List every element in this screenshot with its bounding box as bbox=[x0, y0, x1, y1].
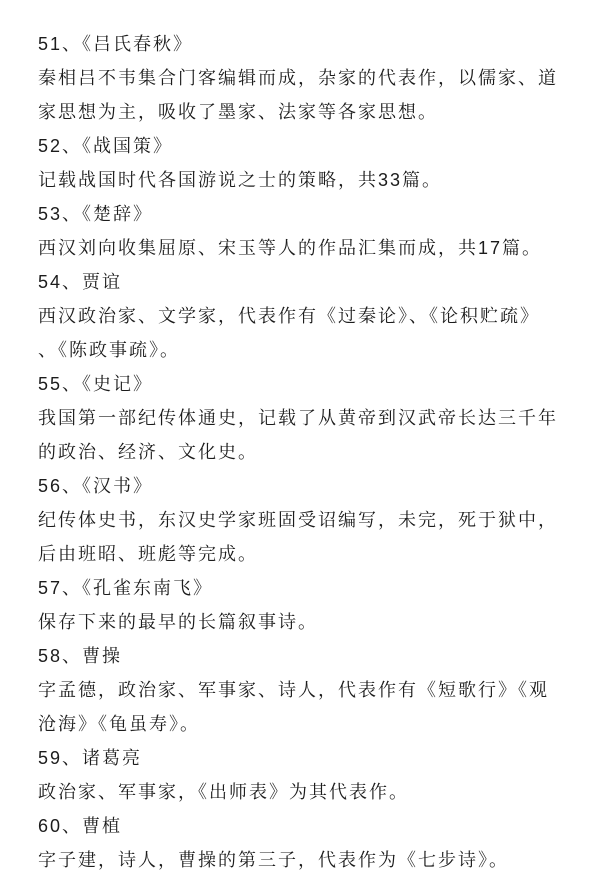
item-title: 《孔雀东南飞》 bbox=[82, 578, 213, 598]
item-number: 55、 bbox=[38, 374, 82, 394]
item-description-line: 家思想为主，吸收了墨家、法家等各家思想。 bbox=[38, 95, 574, 129]
item-heading: 60、曹植 bbox=[38, 809, 574, 843]
item-heading: 56、《汉书》 bbox=[38, 469, 574, 503]
item-title: 《史记》 bbox=[82, 374, 153, 394]
item-title: 曹操 bbox=[82, 646, 122, 666]
item-heading: 51、《吕氏春秋》 bbox=[38, 27, 574, 61]
item-description-line: 西汉政治家、文学家，代表作有《过秦论》、《论积贮疏》 bbox=[38, 299, 574, 333]
item-description-line: 的政治、经济、文化史。 bbox=[38, 435, 574, 469]
item-number: 51、 bbox=[38, 34, 82, 54]
item-heading: 59、诸葛亮 bbox=[38, 741, 574, 775]
document-page: 51、《吕氏春秋》秦相吕不韦集合门客编辑而成，杂家的代表作，以儒家、道家思想为主… bbox=[0, 0, 600, 883]
item-number: 57、 bbox=[38, 578, 82, 598]
item-heading: 53、《楚辞》 bbox=[38, 197, 574, 231]
literature-notes-list: 51、《吕氏春秋》秦相吕不韦集合门客编辑而成，杂家的代表作，以儒家、道家思想为主… bbox=[38, 27, 574, 877]
item-heading: 58、曹操 bbox=[38, 639, 574, 673]
item-description-line: 后由班昭、班彪等完成。 bbox=[38, 537, 574, 571]
item-heading: 55、《史记》 bbox=[38, 367, 574, 401]
item-description-line: 我国第一部纪传体通史，记载了从黄帝到汉武帝长达三千年 bbox=[38, 401, 574, 435]
item-description-line: 沧海》《龟虽寿》。 bbox=[38, 707, 574, 741]
item-number: 56、 bbox=[38, 476, 82, 496]
item-number: 54、 bbox=[38, 272, 82, 292]
item-description-line: 政治家、军事家，《出师表》为其代表作。 bbox=[38, 775, 574, 809]
item-heading: 54、贾谊 bbox=[38, 265, 574, 299]
item-heading: 57、《孔雀东南飞》 bbox=[38, 571, 574, 605]
item-description-line: 字子建，诗人，曹操的第三子，代表作为《七步诗》。 bbox=[38, 843, 574, 877]
item-title: 贾谊 bbox=[82, 272, 122, 292]
item-description-line: 秦相吕不韦集合门客编辑而成，杂家的代表作，以儒家、道 bbox=[38, 61, 574, 95]
item-number: 59、 bbox=[38, 748, 82, 768]
item-title: 曹植 bbox=[82, 816, 122, 836]
item-description-line: 保存下来的最早的长篇叙事诗。 bbox=[38, 605, 574, 639]
item-description-line: 、《陈政事疏》。 bbox=[38, 333, 574, 367]
item-heading: 52、《战国策》 bbox=[38, 129, 574, 163]
item-description-line: 西汉刘向收集屈原、宋玉等人的作品汇集而成，共17篇。 bbox=[38, 231, 574, 265]
item-description-line: 记载战国时代各国游说之士的策略，共33篇。 bbox=[38, 163, 574, 197]
item-title: 《吕氏春秋》 bbox=[82, 34, 193, 54]
item-number: 52、 bbox=[38, 136, 82, 156]
item-description-line: 字孟德，政治家、军事家、诗人，代表作有《短歌行》《观 bbox=[38, 673, 574, 707]
item-title: 《汉书》 bbox=[82, 476, 153, 496]
item-description-line: 纪传体史书，东汉史学家班固受诏编写，未完，死于狱中， bbox=[38, 503, 574, 537]
item-number: 58、 bbox=[38, 646, 82, 666]
item-title: 《战国策》 bbox=[82, 136, 173, 156]
item-title: 诸葛亮 bbox=[82, 748, 142, 768]
item-number: 60、 bbox=[38, 816, 82, 836]
item-title: 《楚辞》 bbox=[82, 204, 153, 224]
item-number: 53、 bbox=[38, 204, 82, 224]
